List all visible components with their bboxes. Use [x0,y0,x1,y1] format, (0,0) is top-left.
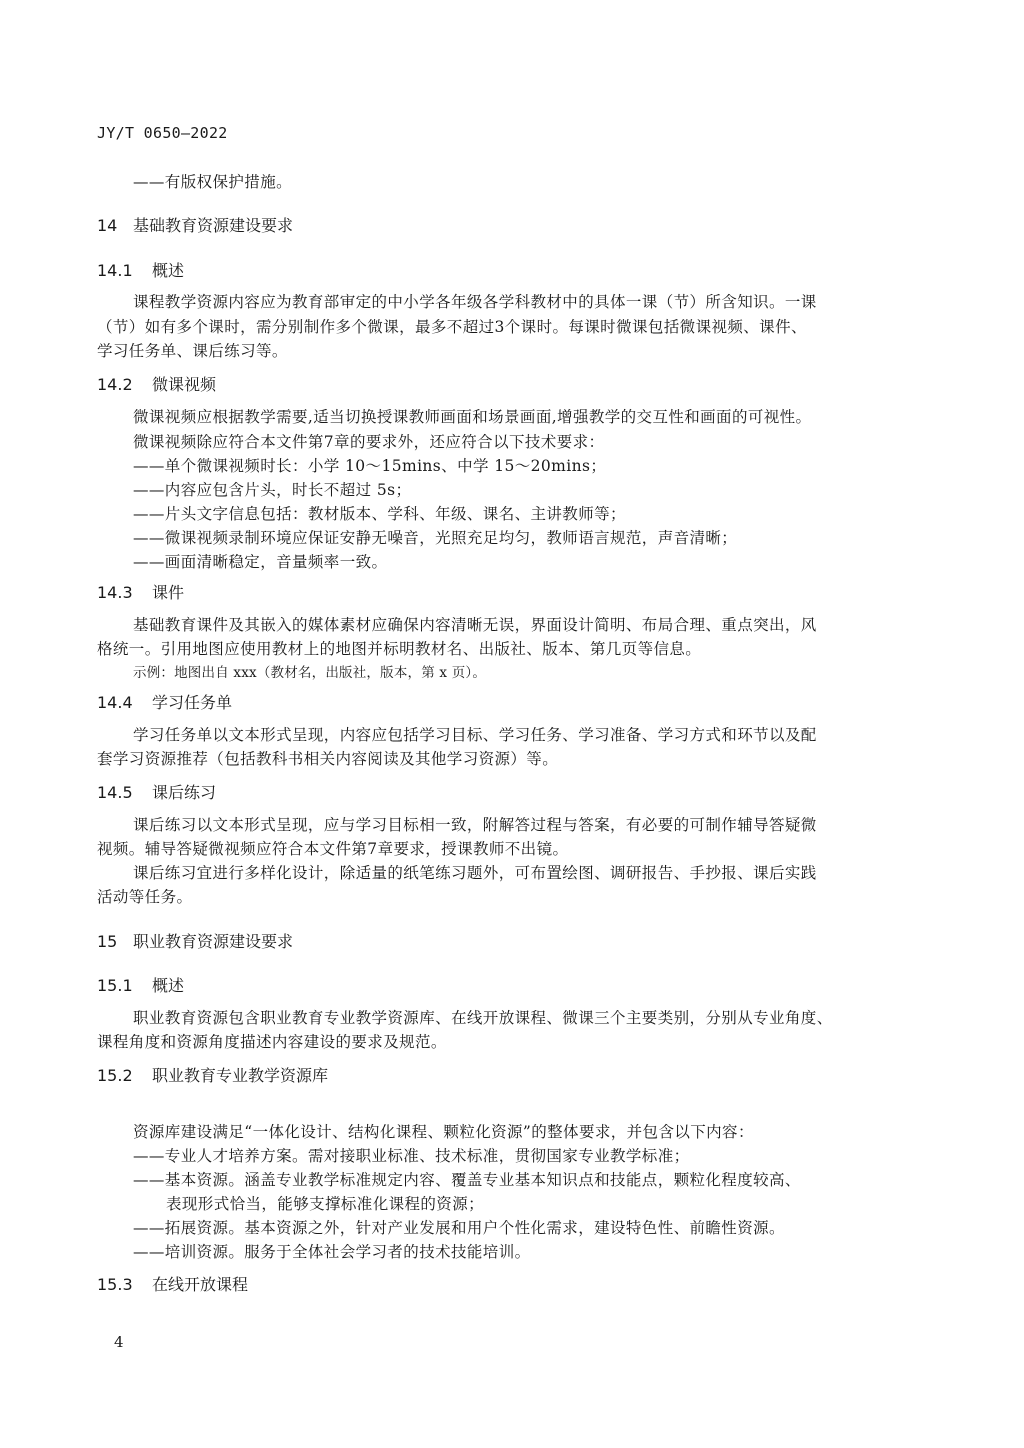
dash-item: ——有版权保护措施。 [133,170,292,192]
paragraph-line: 课程教学资源内容应为教育部审定的中小学各年级各学科教材中的具体一课（节）所含知识… [133,290,817,312]
section-title: 职业教育资源建设要求 [133,932,293,951]
subsection-title: 课后练习 [152,783,216,802]
page-number: 4 [114,1333,124,1351]
section-title: 基础教育资源建设要求 [133,216,293,235]
section-number: 14 [97,216,133,235]
subsection-title: 职业教育专业教学资源库 [152,1066,328,1085]
subsection-title: 课件 [152,583,184,602]
subsection-heading-15-2: 15.2职业教育专业教学资源库 [97,1063,328,1086]
standard-code: JY/T 0650—2022 [97,124,228,142]
subsection-heading-14-2: 14.2微课视频 [97,372,216,395]
paragraph-line: 学习任务单、课后练习等。 [97,339,288,361]
paragraph-line: 职业教育资源包含职业教育专业教学资源库、在线开放课程、微课三个主要类别，分别从专… [133,1006,833,1028]
paragraph-line: 格统一。引用地图应使用教材上的地图并标明教材名、出版社、版本、第几页等信息。 [97,637,701,659]
paragraph-line: 套学习资源推荐（包括教科书相关内容阅读及其他学习资源）等。 [97,747,558,769]
paragraph-line: 微课视频应根据教学需要,适当切换授课教师画面和场景画面,增强教学的交互性和画面的… [133,405,811,427]
paragraph-line: 课后练习宜进行多样化设计，除适量的纸笔练习题外，可布置绘图、调研报告、手抄报、课… [133,861,817,883]
subsection-number: 15.2 [97,1066,152,1085]
paragraph-line: 课后练习以文本形式呈现，应与学习目标相一致，附解答过程与答案，有必要的可制作辅导… [133,813,817,835]
subsection-title: 在线开放课程 [152,1275,248,1294]
subsection-number: 14.5 [97,783,152,802]
list-item: ——片头文字信息包括：教材版本、学科、年级、课名、主讲教师等； [133,502,626,524]
list-item: ——画面清晰稳定，音量频率一致。 [133,550,387,572]
subsection-number: 15.1 [97,976,152,995]
subsection-heading-15-3: 15.3在线开放课程 [97,1272,248,1295]
subsection-title: 概述 [152,261,184,280]
subsection-number: 14.2 [97,375,152,394]
subsection-title: 微课视频 [152,375,216,394]
example-note: 示例：地图出自 xxx（教材名，出版社，版本，第 x 页）。 [133,661,486,681]
list-item: ——专业人才培养方案。需对接职业标准、技术标准，贯彻国家专业教学标准； [133,1144,690,1166]
section-heading-15: 15职业教育资源建设要求 [97,929,293,952]
list-item: ——基本资源。涵盖专业教学标准规定内容、覆盖专业基本知识点和技能点，颗粒化程度较… [133,1168,801,1190]
subsection-title: 学习任务单 [152,693,232,712]
paragraph-line: 基础教育课件及其嵌入的媒体素材应确保内容清晰无误，界面设计简明、布局合理、重点突… [133,613,817,635]
subsection-heading-14-3: 14.3课件 [97,580,184,603]
list-item: ——内容应包含片头，时长不超过 5s； [133,478,411,500]
document-page: JY/T 0650—2022 ——有版权保护措施。 14基础教育资源建设要求 1… [0,0,1024,1448]
paragraph-line: 微课视频除应符合本文件第7章的要求外，还应符合以下技术要求： [133,430,604,452]
paragraph-line: （节）如有多个课时，需分别制作多个微课，最多不超过3个课时。每课时微课包括微课视… [97,315,807,337]
list-item: ——拓展资源。基本资源之外，针对产业发展和用户个性化需求，建设特色性、前瞻性资源… [133,1216,785,1238]
paragraph-line: 课程角度和资源角度描述内容建设的要求及规范。 [97,1030,447,1052]
subsection-number: 14.3 [97,583,152,602]
paragraph-line: 资源库建设满足“一体化设计、结构化课程、颗粒化资源”的整体要求，并包含以下内容： [133,1120,754,1142]
subsection-number: 14.4 [97,693,152,712]
subsection-heading-14-5: 14.5课后练习 [97,780,216,803]
subsection-heading-15-1: 15.1概述 [97,973,184,996]
subsection-heading-14-1: 14.1概述 [97,258,184,281]
subsection-number: 15.3 [97,1275,152,1294]
list-item: ——微课视频录制环境应保证安静无噪音，光照充足均匀，教师语言规范，声音清晰； [133,526,737,548]
list-item: ——培训资源。服务于全体社会学习者的技术技能培训。 [133,1240,531,1262]
subsection-heading-14-4: 14.4学习任务单 [97,690,232,713]
section-number: 15 [97,932,133,951]
subsection-number: 14.1 [97,261,152,280]
subsection-title: 概述 [152,976,184,995]
paragraph-line: 视频。辅导答疑微视频应符合本文件第7章要求，授课教师不出镜。 [97,837,568,859]
list-item: ——单个微课视频时长：小学 10～15mins、中学 15～20mins； [133,454,606,476]
paragraph-line: 活动等任务。 [97,885,192,907]
section-heading-14: 14基础教育资源建设要求 [97,213,293,236]
paragraph-line: 学习任务单以文本形式呈现，内容应包括学习目标、学习任务、学习准备、学习方式和环节… [133,723,817,745]
list-item-continuation: 表现形式恰当，能够支撑标准化课程的资源； [166,1192,484,1214]
